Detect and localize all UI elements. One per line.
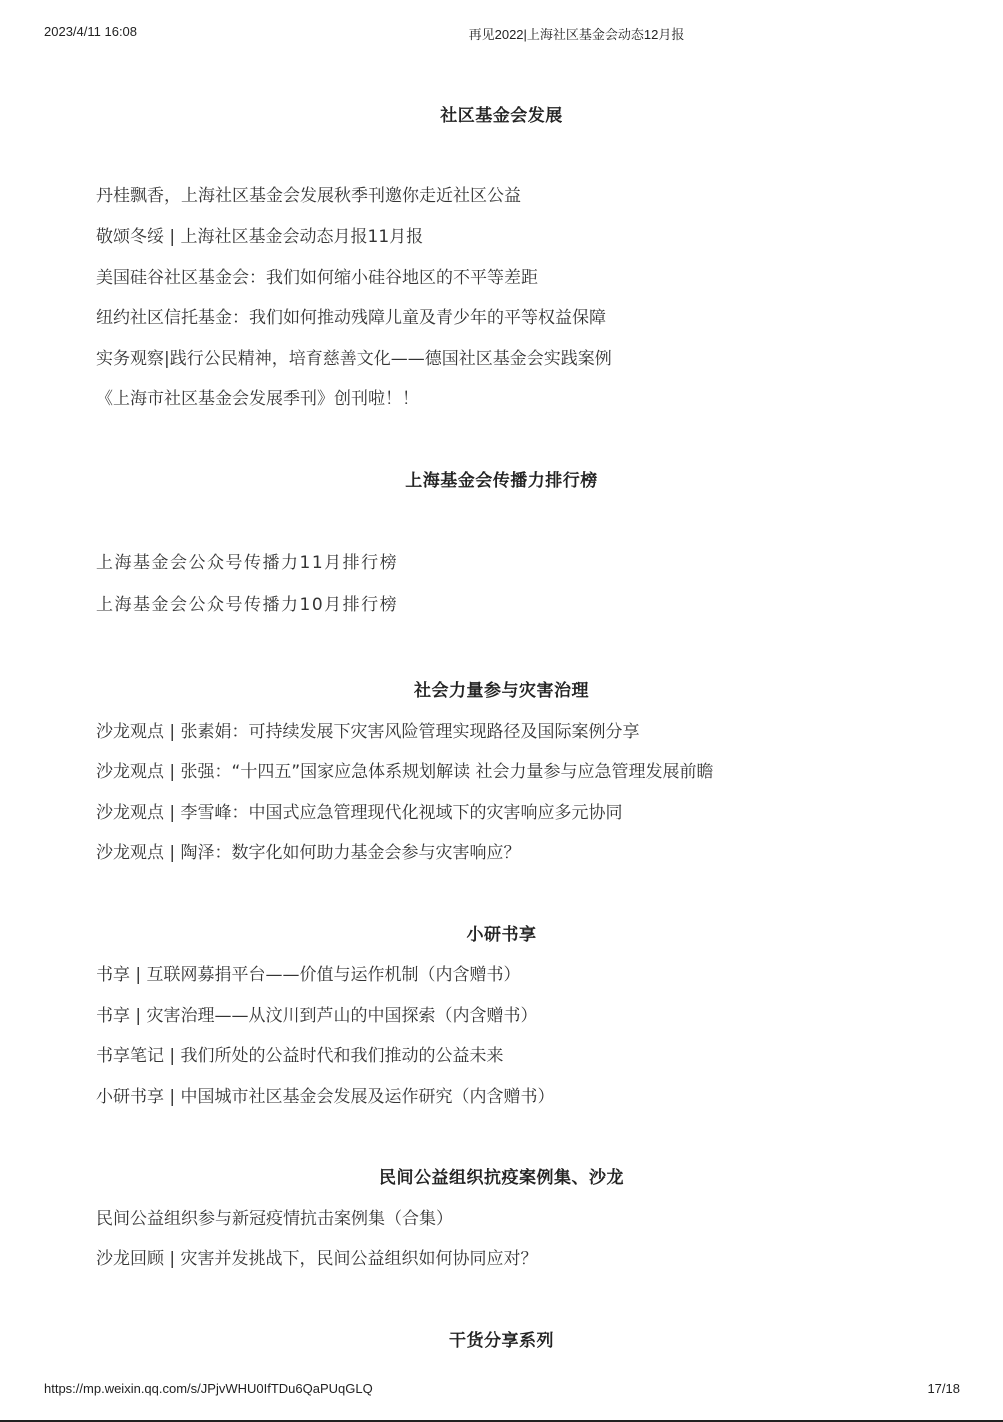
article-link[interactable]: 沙龙观点 | 李雪峰：中国式应急管理现代化视域下的灾害响应多元协同 [96,798,623,823]
article-link[interactable]: 沙龙观点 | 张素娟：可持续发展下灾害风险管理实现路径及国际案例分享 [96,717,640,742]
article-link[interactable]: 沙龙观点 | 张强：“十四五”国家应急体系规划解读 社会力量参与应急管理发展前瞻 [96,757,714,782]
section-title-community-foundation: 社区基金会发展 [0,101,1003,126]
section-title-ranking: 上海基金会传播力排行榜 [0,466,1003,491]
article-link[interactable]: 实务观察|践行公民精神，培育慈善文化——德国社区基金会实践案例 [96,344,612,369]
article-link[interactable]: 沙龙回顾 | 灾害并发挑战下，民间公益组织如何协同应对？ [96,1244,538,1269]
article-link[interactable]: 书享 | 互联网募捐平台——价值与运作机制（内含赠书） [96,960,521,985]
article-link[interactable]: 《上海市社区基金会发展季刊》创刊啦！！ [96,384,419,409]
print-footer: https://mp.weixin.qq.com/s/JPjvWHU0IfTDu… [0,1381,1003,1399]
article-link[interactable]: 沙龙观点 | 陶泽：数字化如何助力基金会参与灾害响应？ [96,838,521,863]
article-link[interactable]: 小研书享 | 中国城市社区基金会发展及运作研究（内含赠书） [96,1082,555,1107]
print-header: 2023/4/11 16:08 再见2022|上海社区基金会动态12月报 [0,24,1003,42]
page-url: https://mp.weixin.qq.com/s/JPjvWHU0IfTDu… [44,1381,373,1396]
article-link[interactable]: 上海基金会公众号传播力10月排行榜 [96,590,398,615]
document-title: 再见2022|上海社区基金会动态12月报 [0,24,1003,43]
section-title-epidemic-cases: 民间公益组织抗疫案例集、沙龙 [0,1163,1003,1188]
article-link[interactable]: 纽约社区信托基金：我们如何推动残障儿童及青少年的平等权益保障 [96,303,606,328]
section-title-book-share: 小研书享 [0,920,1003,945]
page-number: 17/18 [927,1381,960,1396]
section-title-disaster-governance: 社会力量参与灾害治理 [0,676,1003,701]
article-link[interactable]: 敬颂冬绥 | 上海社区基金会动态月报11月报 [96,222,423,247]
article-link[interactable]: 上海基金会公众号传播力11月排行榜 [96,548,398,573]
article-link[interactable]: 书享笔记 | 我们所处的公益时代和我们推动的公益未来 [96,1041,504,1066]
article-link[interactable]: 丹桂飘香，上海社区基金会发展秋季刊邀你走近社区公益 [96,181,521,206]
article-link[interactable]: 民间公益组织参与新冠疫情抗击案例集（合集） [96,1204,453,1229]
section-title-knowledge-share: 干货分享系列 [0,1326,1003,1351]
article-link[interactable]: 书享 | 灾害治理——从汶川到芦山的中国探索（内含赠书） [96,1001,538,1026]
article-link[interactable]: 美国硅谷社区基金会：我们如何缩小硅谷地区的不平等差距 [96,263,538,288]
